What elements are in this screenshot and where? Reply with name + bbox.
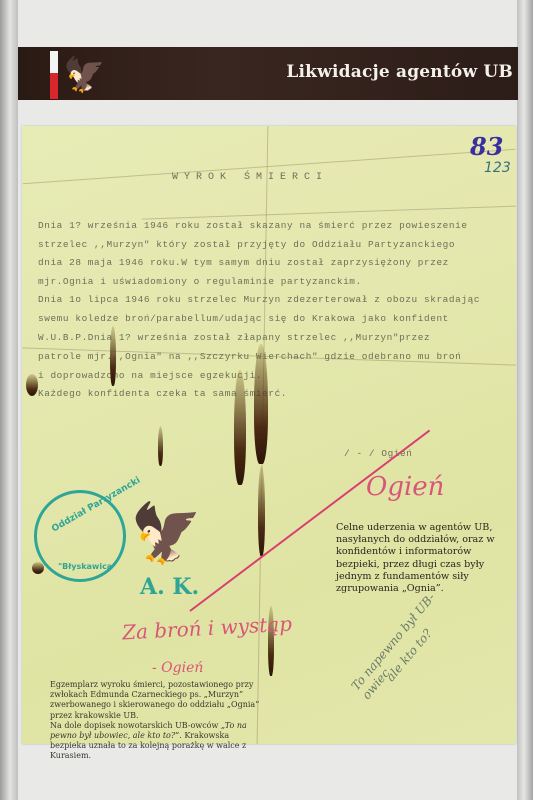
bottom-caption: Egzemplarz wyroku śmierci, pozostawioneg… — [50, 680, 260, 762]
handwritten-red-note: - Ogień — [152, 660, 203, 676]
stain — [254, 344, 268, 464]
document-title: WYROK ŚMIERCI — [172, 172, 328, 183]
archive-number: 83 — [470, 132, 503, 161]
bottom-caption-text: Na dole dopisek nowotarskich UB-owców — [50, 721, 221, 730]
ak-label: A. K. — [140, 574, 199, 600]
typed-line: Dnia 1o lipca 1946 roku strzelec Murzyn … — [38, 294, 480, 305]
archive-number-secondary: 123 — [484, 160, 511, 176]
typed-line: mjr.Ognia i uświadomiony o regulaminie p… — [38, 276, 362, 287]
handwritten-red-note: Za broń i wystąp — [121, 612, 292, 645]
polish-flag-icon — [50, 51, 58, 99]
main-caption: Celne uderzenia w agentów UB, nasyłanych… — [336, 522, 511, 595]
typed-line: i doprowadzono na miejsce egzekucji. — [38, 370, 262, 381]
typed-line: strzelec ,,Murzyn" który został przyjęty… — [38, 239, 455, 250]
stain — [158, 426, 163, 466]
typed-line: swemu koledze broń/parabellum/udając się… — [38, 313, 449, 324]
bottom-caption-text: Egzemplarz wyroku śmierci, pozostawioneg… — [50, 680, 259, 720]
white-eagle-icon: 🦅 — [63, 53, 99, 97]
display-frame-left — [0, 0, 20, 800]
display-frame-right — [515, 0, 533, 800]
typed-line: dnia 28 maja 1946 roku.W tym samym dniu … — [38, 257, 449, 268]
banner-title: Likwidacje agentów UB — [286, 62, 513, 82]
stain — [258, 466, 265, 556]
typed-line: patrole mjr.,,Ognia" na ,,Szczyrku Wierc… — [38, 351, 461, 362]
handwritten-signature: Ogień — [366, 472, 444, 502]
stain — [26, 374, 38, 396]
typed-line: Dnia 1? września 1946 roku został skazan… — [38, 220, 468, 231]
stain — [234, 370, 246, 485]
typed-line: W.U.B.P.Dnia 1? września został złapany … — [38, 332, 430, 343]
typed-line: Każdego konfidenta czeka ta sama śmierć. — [38, 388, 287, 399]
ak-eagle-icon: 🦅 — [130, 494, 196, 574]
death-sentence-document: 83 123 WYROK ŚMIERCI Dnia 1? września 19… — [22, 126, 516, 744]
stain — [110, 326, 116, 386]
stamp-ring-bottom: "Błyskawica" — [58, 562, 116, 571]
stain — [32, 562, 44, 574]
